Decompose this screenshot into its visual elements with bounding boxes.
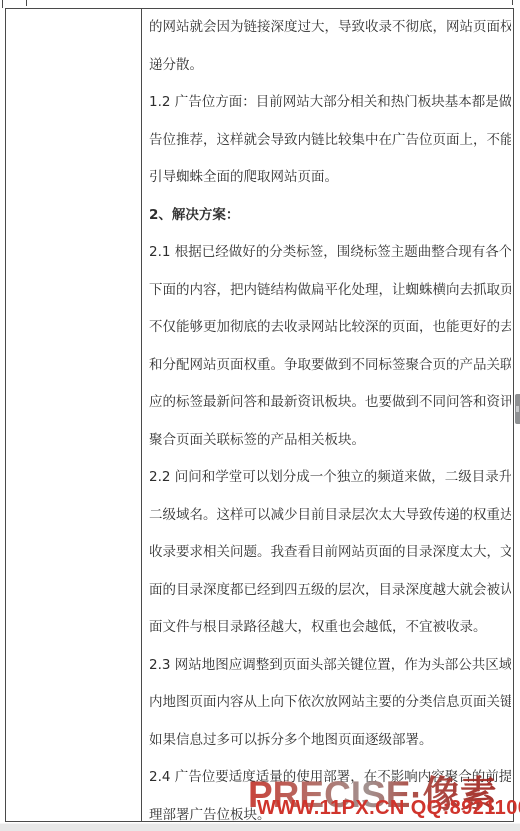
table-cell-left-empty	[6, 9, 142, 821]
text-line: 2.3 网站地图应调整到页面头部关键位置，作为头部公共区域。站	[149, 647, 511, 685]
text-line: 1.2 广告位方面：目前网站大部分相关和热门板块基本都是做为广	[149, 84, 511, 122]
table-border-remnant	[26, 0, 27, 6]
table-border-remnant	[2, 0, 3, 8]
text-line: 2.1 根据已经做好的分类标签，围绕标签主题曲整合现有各个栏目	[149, 234, 511, 272]
text-line: 不仅能够更加彻底的去收录网站比较深的页面，也能更好的去传递	[149, 309, 511, 347]
text-line: 的网站就会因为链接深度过大，导致收录不彻底，网站页面权重传	[149, 9, 511, 47]
text-line: 递分散。	[149, 47, 511, 85]
text-line: 面的目录深度都已经到四五级的层次，目录深度越大就会被认为页	[149, 572, 511, 610]
text-line: 如果信息过多可以拆分多个地图页面逐级部署。	[149, 722, 511, 760]
text-line: 内地图页面内容从上向下依次放网站主要的分类信息页面关键词，	[149, 684, 511, 722]
text-line: 引导蜘蛛全面的爬取网站页面。	[149, 159, 511, 197]
text-line: 2.2 问问和学堂可以划分成一个独立的频道来做，二级目录升级为	[149, 459, 511, 497]
text-line: 应的标签最新问答和最新资讯板块。也要做到不同问答和资讯标签	[149, 384, 511, 422]
text-line: 面文件与根目录路径越大，权重也会越低，不宜被收录。	[149, 609, 511, 647]
document-page: { "document": { "table": { "left_cell_te…	[0, 0, 520, 831]
text-line: 下面的内容，把内链结构做扁平化处理，让蜘蛛横向去抓取页面，	[149, 272, 511, 310]
table-border-remnant	[512, 0, 513, 5]
page-edge-strip	[0, 823, 520, 831]
scrollbar-thumb[interactable]	[515, 394, 520, 424]
text-line: 聚合页面关联标签的产品相关板块。	[149, 422, 511, 460]
document-table-row: 的网站就会因为链接深度过大，导致收录不彻底，网站页面权重传递分散。1.2 广告位…	[5, 8, 514, 822]
text-line: 二级域名。这样可以减少目前目录层次太大导致传递的权重达不到	[149, 497, 511, 535]
cell-text: 的网站就会因为链接深度过大，导致收录不彻底，网站页面权重传递分散。1.2 广告位…	[142, 9, 513, 821]
section-heading-line: 2、解决方案：	[149, 197, 511, 235]
text-line: 告位推荐，这样就会导致内链比较集中在广告位页面上，不能很好	[149, 122, 511, 160]
text-line: 和分配网站页面权重。争取要做到不同标签聚合页的产品关联相对	[149, 347, 511, 385]
text-line: 收录要求相关问题。我查看目前网站页面的目录深度太大，文章页	[149, 534, 511, 572]
text-line: 理部署广告位板块。	[149, 797, 511, 822]
text-line: 2.4 广告位要适度适量的使用部署，在不影响内容聚合的前提下合	[149, 759, 511, 797]
